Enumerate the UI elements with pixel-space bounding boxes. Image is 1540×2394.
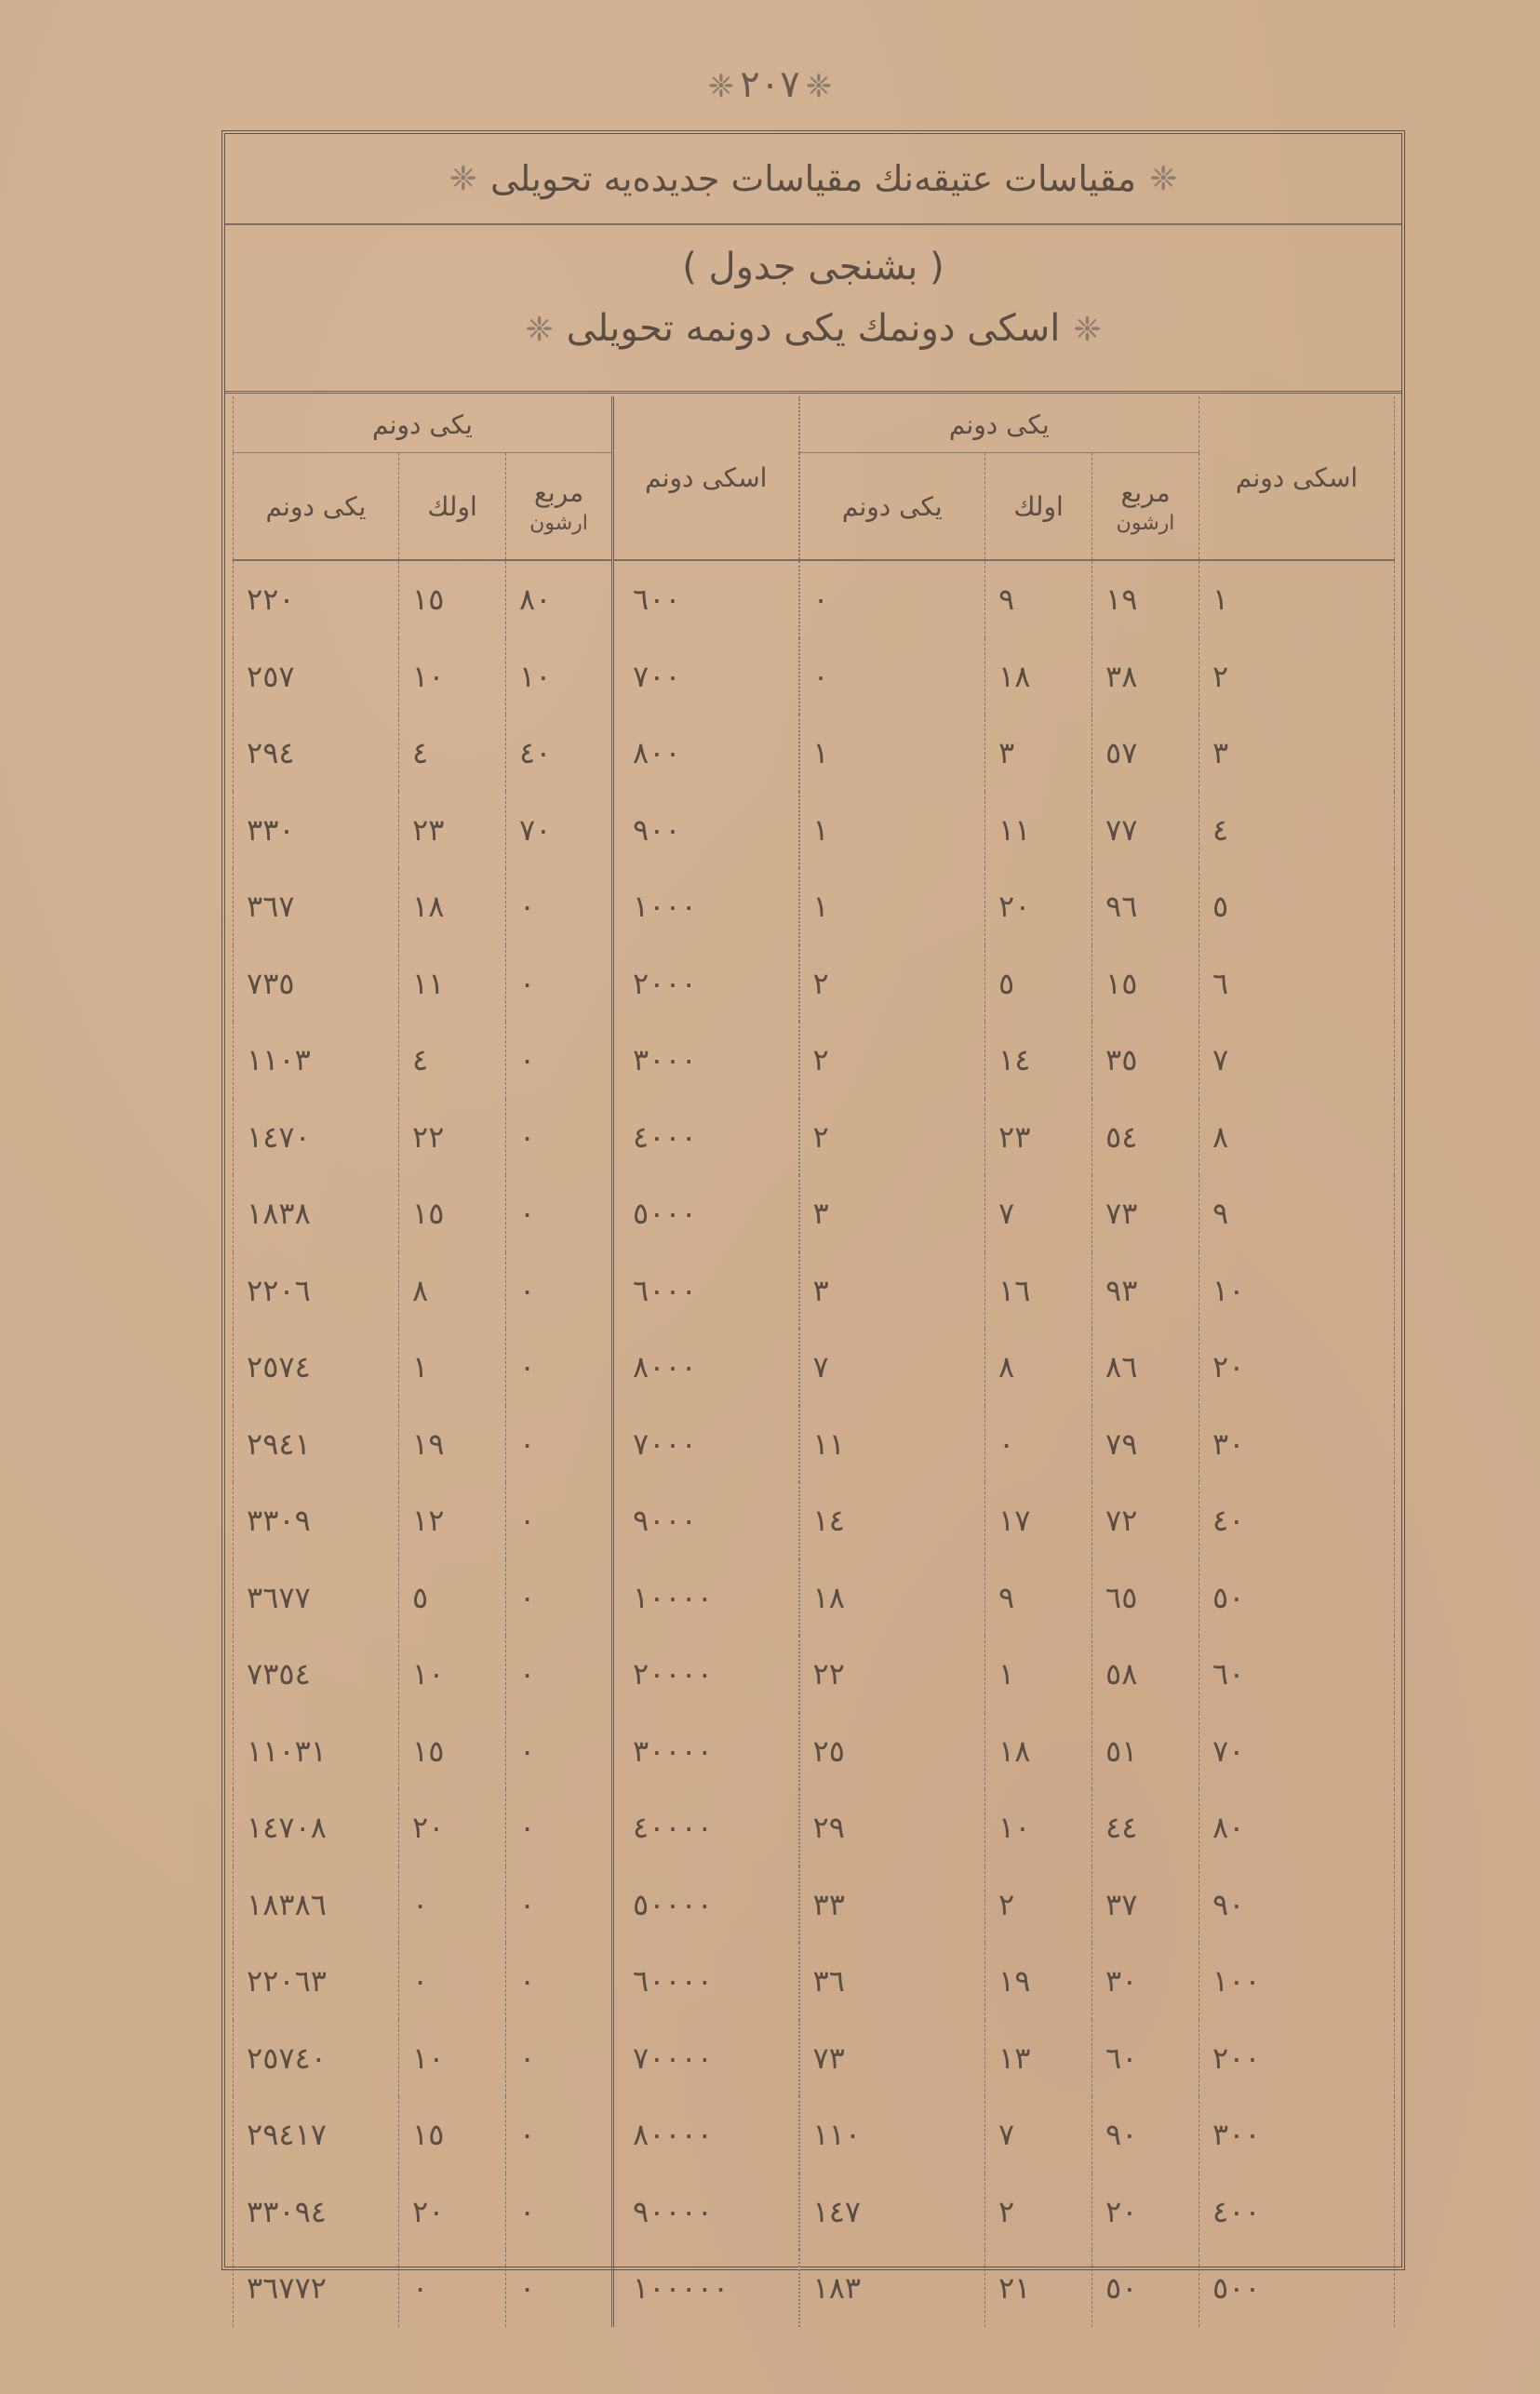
cell-arshun-left: ٠ [506, 1406, 613, 1483]
table-row: ١٠٠٣٠١٩٣٦٦٠٠٠٠٠٠٢٢٠٦٣ [234, 1943, 1395, 2020]
table-row: ١٠٩٣١٦٣٦٠٠٠٠٨٢٢٠٦ [234, 1252, 1395, 1330]
cell-old-donum-left: ٦٠٠٠٠ [613, 1943, 799, 2020]
page-title: ❈ مقیاسات عتیقه‌نك مقیاسات جدیده‌یه تحوی… [225, 134, 1401, 225]
cell-arshun-right: ٥٠ [1092, 2250, 1199, 2327]
cell-new-donum-right: ٢ [799, 1099, 985, 1176]
cell-new-donum-right: ٧٣ [799, 2020, 985, 2097]
cell-arshun-right: ٢٠ [1092, 2173, 1199, 2251]
cell-new-donum-left: ٢٩٤ [234, 715, 399, 792]
cell-evlek-left: ١٥ [399, 560, 506, 638]
cell-old-donum-left: ٦٠٠٠ [613, 1252, 799, 1330]
table-body: ١١٩٩٠٦٠٠٨٠١٥٢٢٠٢٣٨١٨٠٧٠٠١٠١٠٢٥٧٣٥٧٣١٨٠٠٤… [234, 560, 1395, 2327]
cell-old-donum-left: ٤٠٠٠٠ [613, 1789, 799, 1866]
cell-old-donum-left: ٧٠٠٠٠ [613, 2020, 799, 2097]
cell-new-donum-right: ٣٣ [799, 1866, 985, 1944]
cell-old-donum-left: ٩٠٠٠٠ [613, 2173, 799, 2251]
cell-arshun-left: ٧٠ [506, 792, 613, 869]
table-row: ٤٠٧٢١٧١٤٩٠٠٠٠١٢٣٣٠٩ [234, 1482, 1395, 1559]
cell-arshun-left: ٤٠ [506, 715, 613, 792]
cell-new-donum-right: ١٨٣ [799, 2250, 985, 2327]
cell-new-donum-left: ٢٩٤١٧ [234, 2096, 399, 2173]
ornament-icon: ❈ [806, 68, 833, 105]
header-old-donum-left: اسکی دونم [613, 396, 799, 560]
table-row: ٤٧٧١١١٩٠٠٧٠٢٣٣٣٠ [234, 792, 1395, 869]
cell-new-donum-left: ١٤٧٠ [234, 1099, 399, 1176]
table-row: ٢٣٨١٨٠٧٠٠١٠١٠٢٥٧ [234, 638, 1395, 716]
cell-evlek-right: ١٧ [985, 1482, 1092, 1559]
page-number: ❈٢٠٧❈ [0, 63, 1540, 106]
cell-old-donum-left: ٨٠٠٠ [613, 1329, 799, 1406]
cell-evlek-right: ١٦ [985, 1252, 1092, 1330]
cell-evlek-left: ٤ [399, 715, 506, 792]
cell-evlek-left: ٠ [399, 2250, 506, 2327]
cell-new-donum-left: ٣٦٧٧٢ [234, 2250, 399, 2327]
cell-new-donum-left: ٣٦٧٧ [234, 1559, 399, 1637]
cell-evlek-left: ٥ [399, 1559, 506, 1637]
cell-old-donum-right: ١٠ [1199, 1252, 1395, 1330]
cell-new-donum-right: ٠ [799, 638, 985, 716]
cell-arshun-left: ٠ [506, 1329, 613, 1406]
cell-old-donum-left: ١٠٠٠ [613, 868, 799, 945]
cell-new-donum-right: ١٨ [799, 1559, 985, 1637]
cell-old-donum-left: ٩٠٠ [613, 792, 799, 869]
cell-new-donum-right: ٢٢ [799, 1636, 985, 1713]
cell-arshun-left: ٨٠ [506, 560, 613, 638]
table-row: ٨٥٤٢٣٢٤٠٠٠٠٢٢١٤٧٠ [234, 1099, 1395, 1176]
cell-evlek-right: ٧ [985, 1175, 1092, 1252]
cell-evlek-right: ٨ [985, 1329, 1092, 1406]
cell-arshun-right: ١٥ [1092, 945, 1199, 1023]
header-old-donum-right: اسکی دونم [1199, 396, 1395, 560]
cell-old-donum-right: ٢ [1199, 638, 1395, 716]
cell-evlek-left: ١ [399, 1329, 506, 1406]
cell-evlek-left: ٠ [399, 1943, 506, 2020]
cell-new-donum-right: ٣ [799, 1175, 985, 1252]
cell-new-donum-left: ٢٥٧٤ [234, 1329, 399, 1406]
table-row: ٢٠٨٦٨٧٨٠٠٠٠١٢٥٧٤ [234, 1329, 1395, 1406]
cell-new-donum-right: ٣٦ [799, 1943, 985, 2020]
cell-arshun-left: ٠ [506, 1175, 613, 1252]
cell-new-donum-left: ٢٢٠ [234, 560, 399, 638]
cell-new-donum-left: ٧٣٥ [234, 945, 399, 1023]
cell-new-donum-left: ٢٢٠٦٣ [234, 1943, 399, 2020]
cell-new-donum-left: ٢٢٠٦ [234, 1252, 399, 1330]
table-label: ( بشنجی جدول ) [225, 223, 1401, 288]
cell-arshun-left: ٠ [506, 1943, 613, 2020]
table-row: ٦١٥٥٢٢٠٠٠٠١١٧٣٥ [234, 945, 1395, 1023]
cell-evlek-right: ١٩ [985, 1943, 1092, 2020]
cell-new-donum-left: ٢٩٤١ [234, 1406, 399, 1483]
table-frame: ❈ مقیاسات عتیقه‌نك مقیاسات جدیده‌یه تحوی… [221, 130, 1405, 2270]
cell-old-donum-left: ٩٠٠٠ [613, 1482, 799, 1559]
cell-arshun-right: ٧٣ [1092, 1175, 1199, 1252]
cell-old-donum-left: ٦٠٠ [613, 560, 799, 638]
cell-evlek-left: ١١ [399, 945, 506, 1023]
cell-new-donum-right: ١ [799, 868, 985, 945]
table-row: ٥٩٦٢٠١١٠٠٠٠١٨٣٦٧ [234, 868, 1395, 945]
cell-evlek-left: ٠ [399, 1866, 506, 1944]
cell-evlek-left: ٢٣ [399, 792, 506, 869]
caption-text: اسکی دونمك یکی دونمه تحویلی [567, 307, 1061, 350]
table-row: ٥٠٠٥٠٢١١٨٣١٠٠٠٠٠٠٠٣٦٧٧٢ [234, 2250, 1395, 2327]
cell-arshun-left: ٠ [506, 1713, 613, 1790]
cell-arshun-right: ٦٥ [1092, 1559, 1199, 1637]
cell-old-donum-right: ٩٠ [1199, 1866, 1395, 1944]
cell-arshun-left: ٠ [506, 2250, 613, 2327]
cell-old-donum-right: ١ [1199, 560, 1395, 638]
cell-arshun-right: ٧٩ [1092, 1406, 1199, 1483]
table-row: ٧٠٥١١٨٢٥٣٠٠٠٠٠١٥١١٠٣١ [234, 1713, 1395, 1790]
cell-arshun-left: ٠ [506, 1789, 613, 1866]
table-row: ٩٧٣٧٣٥٠٠٠٠١٥١٨٣٨ [234, 1175, 1395, 1252]
cell-arshun-left: ١٠ [506, 638, 613, 716]
table-row: ٢٠٠٦٠١٣٧٣٧٠٠٠٠٠١٠٢٥٧٤٠ [234, 2020, 1395, 2097]
cell-old-donum-left: ١٠٠٠٠٠ [613, 2250, 799, 2327]
header-yeni-donum-left: یکی دونم [234, 453, 399, 561]
cell-old-donum-right: ٥٠ [1199, 1559, 1395, 1637]
cell-old-donum-left: ٣٠٠٠٠ [613, 1713, 799, 1790]
table-caption: ❈اسکی دونمك یکی دونمه تحویلی❈ [225, 288, 1401, 350]
cell-arshun-left: ٠ [506, 868, 613, 945]
cell-arshun-right: ٣٨ [1092, 638, 1199, 716]
cell-evlek-left: ٨ [399, 1252, 506, 1330]
cell-evlek-left: ١٠ [399, 2020, 506, 2097]
cell-evlek-right: ١٨ [985, 638, 1092, 716]
table-row: ٦٠٥٨١٢٢٢٠٠٠٠٠١٠٧٣٥٤ [234, 1636, 1395, 1713]
cell-old-donum-left: ٤٠٠٠ [613, 1099, 799, 1176]
cell-new-donum-right: ٣ [799, 1252, 985, 1330]
cell-old-donum-right: ٨٠ [1199, 1789, 1395, 1866]
cell-new-donum-right: ٢ [799, 945, 985, 1023]
ornament-icon: ❈ [1149, 160, 1177, 198]
cell-old-donum-left: ٨٠٠٠٠ [613, 2096, 799, 2173]
cell-new-donum-left: ١٨٣٨٦ [234, 1866, 399, 1944]
cell-new-donum-left: ١٨٣٨ [234, 1175, 399, 1252]
cell-new-donum-right: ٢ [799, 1022, 985, 1099]
table-row: ٧٣٥١٤٢٣٠٠٠٠٤١١٠٣ [234, 1022, 1395, 1099]
cell-arshun-right: ٥٨ [1092, 1636, 1199, 1713]
table-row: ٥٠٦٥٩١٨١٠٠٠٠٠٥٣٦٧٧ [234, 1559, 1395, 1637]
cell-evlek-right: ١٤ [985, 1022, 1092, 1099]
cell-old-donum-right: ٨ [1199, 1099, 1395, 1176]
cell-old-donum-left: ١٠٠٠٠ [613, 1559, 799, 1637]
table-row: ٣٥٧٣١٨٠٠٤٠٤٢٩٤ [234, 715, 1395, 792]
cell-arshun-left: ٠ [506, 1866, 613, 1944]
cell-arshun-right: ٣٧ [1092, 1866, 1199, 1944]
cell-arshun-right: ١٩ [1092, 560, 1199, 638]
cell-evlek-right: ٢ [985, 2173, 1092, 2251]
ornament-icon: ❈ [708, 68, 735, 105]
cell-arshun-right: ٤٤ [1092, 1789, 1199, 1866]
cell-arshun-right: ٦٠ [1092, 2020, 1199, 2097]
cell-old-donum-right: ٧٠ [1199, 1713, 1395, 1790]
cell-evlek-right: ١٨ [985, 1713, 1092, 1790]
cell-evlek-left: ١٨ [399, 868, 506, 945]
cell-evlek-right: ٩ [985, 560, 1092, 638]
header-evlek-left: اولك [399, 453, 506, 561]
cell-new-donum-right: ١١٠ [799, 2096, 985, 2173]
cell-arshun-left: ٠ [506, 1252, 613, 1330]
table-row: ٣٠٠٩٠٧١١٠٨٠٠٠٠٠١٥٢٩٤١٧ [234, 2096, 1395, 2173]
cell-evlek-right: ٧ [985, 2096, 1092, 2173]
cell-old-donum-right: ٩ [1199, 1175, 1395, 1252]
cell-old-donum-right: ٢٠ [1199, 1329, 1395, 1406]
cell-arshun-left: ٠ [506, 1022, 613, 1099]
cell-old-donum-left: ٧٠٠٠ [613, 1406, 799, 1483]
cell-evlek-right: ٢١ [985, 2250, 1092, 2327]
cell-old-donum-left: ٧٠٠ [613, 638, 799, 716]
cell-new-donum-left: ٧٣٥٤ [234, 1636, 399, 1713]
cell-arshun-right: ٧٧ [1092, 792, 1199, 869]
cell-evlek-right: ٠ [985, 1406, 1092, 1483]
cell-old-donum-right: ٣ [1199, 715, 1395, 792]
cell-old-donum-left: ٢٠٠٠٠ [613, 1636, 799, 1713]
cell-new-donum-right: ١ [799, 715, 985, 792]
cell-old-donum-right: ٣٠٠ [1199, 2096, 1395, 2173]
cell-evlek-right: ٢٣ [985, 1099, 1092, 1176]
table-row: ٤٠٠٢٠٢١٤٧٩٠٠٠٠٠٢٠٣٣٠٩٤ [234, 2173, 1395, 2251]
table-row: ١١٩٩٠٦٠٠٨٠١٥٢٢٠ [234, 560, 1395, 638]
cell-arshun-left: ٠ [506, 945, 613, 1023]
cell-new-donum-right: ١ [799, 792, 985, 869]
cell-evlek-right: ١١ [985, 792, 1092, 869]
cell-arshun-left: ٠ [506, 2020, 613, 2097]
cell-arshun-right: ٧٢ [1092, 1482, 1199, 1559]
cell-arshun-left: ٠ [506, 1559, 613, 1637]
header-murabba-arshun-right: مربعارشون [1092, 453, 1199, 561]
cell-new-donum-left: ٣٣٠٩٤ [234, 2173, 399, 2251]
cell-evlek-right: ٢٠ [985, 868, 1092, 945]
cell-arshun-right: ٩٦ [1092, 868, 1199, 945]
cell-old-donum-right: ٧ [1199, 1022, 1395, 1099]
cell-arshun-right: ٩٣ [1092, 1252, 1199, 1330]
table-row: ٨٠٤٤١٠٢٩٤٠٠٠٠٠٢٠١٤٧٠٨ [234, 1789, 1395, 1866]
cell-new-donum-left: ٢٥٧٤٠ [234, 2020, 399, 2097]
header-murabba-arshun-left: مربعارشون [506, 453, 613, 561]
cell-old-donum-left: ٥٠٠٠ [613, 1175, 799, 1252]
cell-evlek-right: ١ [985, 1636, 1092, 1713]
cell-evlek-left: ١٠ [399, 638, 506, 716]
cell-arshun-left: ٠ [506, 2096, 613, 2173]
cell-new-donum-left: ٣٣٠ [234, 792, 399, 869]
cell-new-donum-left: ٣٣٠٩ [234, 1482, 399, 1559]
cell-arshun-left: ٠ [506, 1099, 613, 1176]
cell-evlek-right: ٢ [985, 1866, 1092, 1944]
cell-evlek-right: ١٠ [985, 1789, 1092, 1866]
cell-old-donum-right: ٤ [1199, 792, 1395, 869]
cell-evlek-left: ١٥ [399, 2096, 506, 2173]
cell-evlek-right: ٩ [985, 1559, 1092, 1637]
cell-old-donum-right: ٤٠ [1199, 1482, 1395, 1559]
cell-new-donum-left: ٣٦٧ [234, 868, 399, 945]
page-number-text: ٢٠٧ [740, 63, 799, 106]
cell-arshun-right: ٣٠ [1092, 1943, 1199, 2020]
cell-arshun-right: ٩٠ [1092, 2096, 1199, 2173]
cell-new-donum-right: ١٤٧ [799, 2173, 985, 2251]
cell-evlek-left: ٢٠ [399, 1789, 506, 1866]
cell-new-donum-left: ١١٠٣ [234, 1022, 399, 1099]
table-row: ٣٠٧٩٠١١٧٠٠٠٠١٩٢٩٤١ [234, 1406, 1395, 1483]
cell-old-donum-right: ٦٠ [1199, 1636, 1395, 1713]
cell-new-donum-right: ١١ [799, 1406, 985, 1483]
cell-evlek-left: ٢٢ [399, 1099, 506, 1176]
cell-new-donum-right: ١٤ [799, 1482, 985, 1559]
header-group-right: یکی دونم [799, 396, 1199, 453]
cell-old-donum-left: ٢٠٠٠ [613, 945, 799, 1023]
ornament-icon: ❈ [1073, 311, 1101, 349]
cell-evlek-left: ٤ [399, 1022, 506, 1099]
cell-arshun-left: ٠ [506, 1636, 613, 1713]
cell-new-donum-right: ٢٥ [799, 1713, 985, 1790]
cell-old-donum-left: ٣٠٠٠ [613, 1022, 799, 1099]
cell-arshun-right: ٥٤ [1092, 1099, 1199, 1176]
cell-new-donum-right: ٧ [799, 1329, 985, 1406]
cell-old-donum-left: ٥٠٠٠٠ [613, 1866, 799, 1944]
table-row: ٩٠٣٧٢٣٣٥٠٠٠٠٠٠١٨٣٨٦ [234, 1866, 1395, 1944]
cell-new-donum-right: ٠ [799, 560, 985, 638]
cell-evlek-left: ١٠ [399, 1636, 506, 1713]
cell-arshun-right: ٣٥ [1092, 1022, 1199, 1099]
cell-evlek-right: ١٣ [985, 2020, 1092, 2097]
cell-evlek-left: ١٥ [399, 1175, 506, 1252]
cell-old-donum-right: ٢٠٠ [1199, 2020, 1395, 2097]
cell-new-donum-left: ١١٠٣١ [234, 1713, 399, 1790]
cell-arshun-right: ٨٦ [1092, 1329, 1199, 1406]
ornament-icon: ❈ [449, 160, 477, 198]
conversion-table: اسکی دونم یکی دونم اسکی دونم یکی دونم مر… [233, 396, 1395, 2327]
cell-new-donum-left: ١٤٧٠٨ [234, 1789, 399, 1866]
ornament-icon: ❈ [525, 311, 553, 349]
cell-new-donum-right: ٢٩ [799, 1789, 985, 1866]
cell-evlek-right: ٣ [985, 715, 1092, 792]
cell-old-donum-right: ٤٠٠ [1199, 2173, 1395, 2251]
cell-evlek-left: ٢٠ [399, 2173, 506, 2251]
header-yeni-donum-right: یکی دونم [799, 453, 985, 561]
cell-evlek-left: ١٥ [399, 1713, 506, 1790]
cell-evlek-left: ١٩ [399, 1406, 506, 1483]
cell-new-donum-left: ٢٥٧ [234, 638, 399, 716]
cell-old-donum-right: ٦ [1199, 945, 1395, 1023]
cell-arshun-left: ٠ [506, 2173, 613, 2251]
cell-old-donum-right: ٣٠ [1199, 1406, 1395, 1483]
title-text: مقیاسات عتیقه‌نك مقیاسات جدیده‌یه تحویلی [490, 158, 1136, 199]
cell-old-donum-right: ١٠٠ [1199, 1943, 1395, 2020]
cell-arshun-left: ٠ [506, 1482, 613, 1559]
subtitle-block: ( بشنجی جدول ) ❈اسکی دونمك یکی دونمه تحو… [225, 223, 1401, 394]
header-evlek-right: اولك [985, 453, 1092, 561]
cell-evlek-right: ٥ [985, 945, 1092, 1023]
cell-evlek-left: ١٢ [399, 1482, 506, 1559]
cell-old-donum-right: ٥ [1199, 868, 1395, 945]
header-group-left: یکی دونم [234, 396, 613, 453]
cell-arshun-right: ٥٧ [1092, 715, 1199, 792]
cell-old-donum-right: ٥٠٠ [1199, 2250, 1395, 2327]
cell-old-donum-left: ٨٠٠ [613, 715, 799, 792]
cell-arshun-right: ٥١ [1092, 1713, 1199, 1790]
